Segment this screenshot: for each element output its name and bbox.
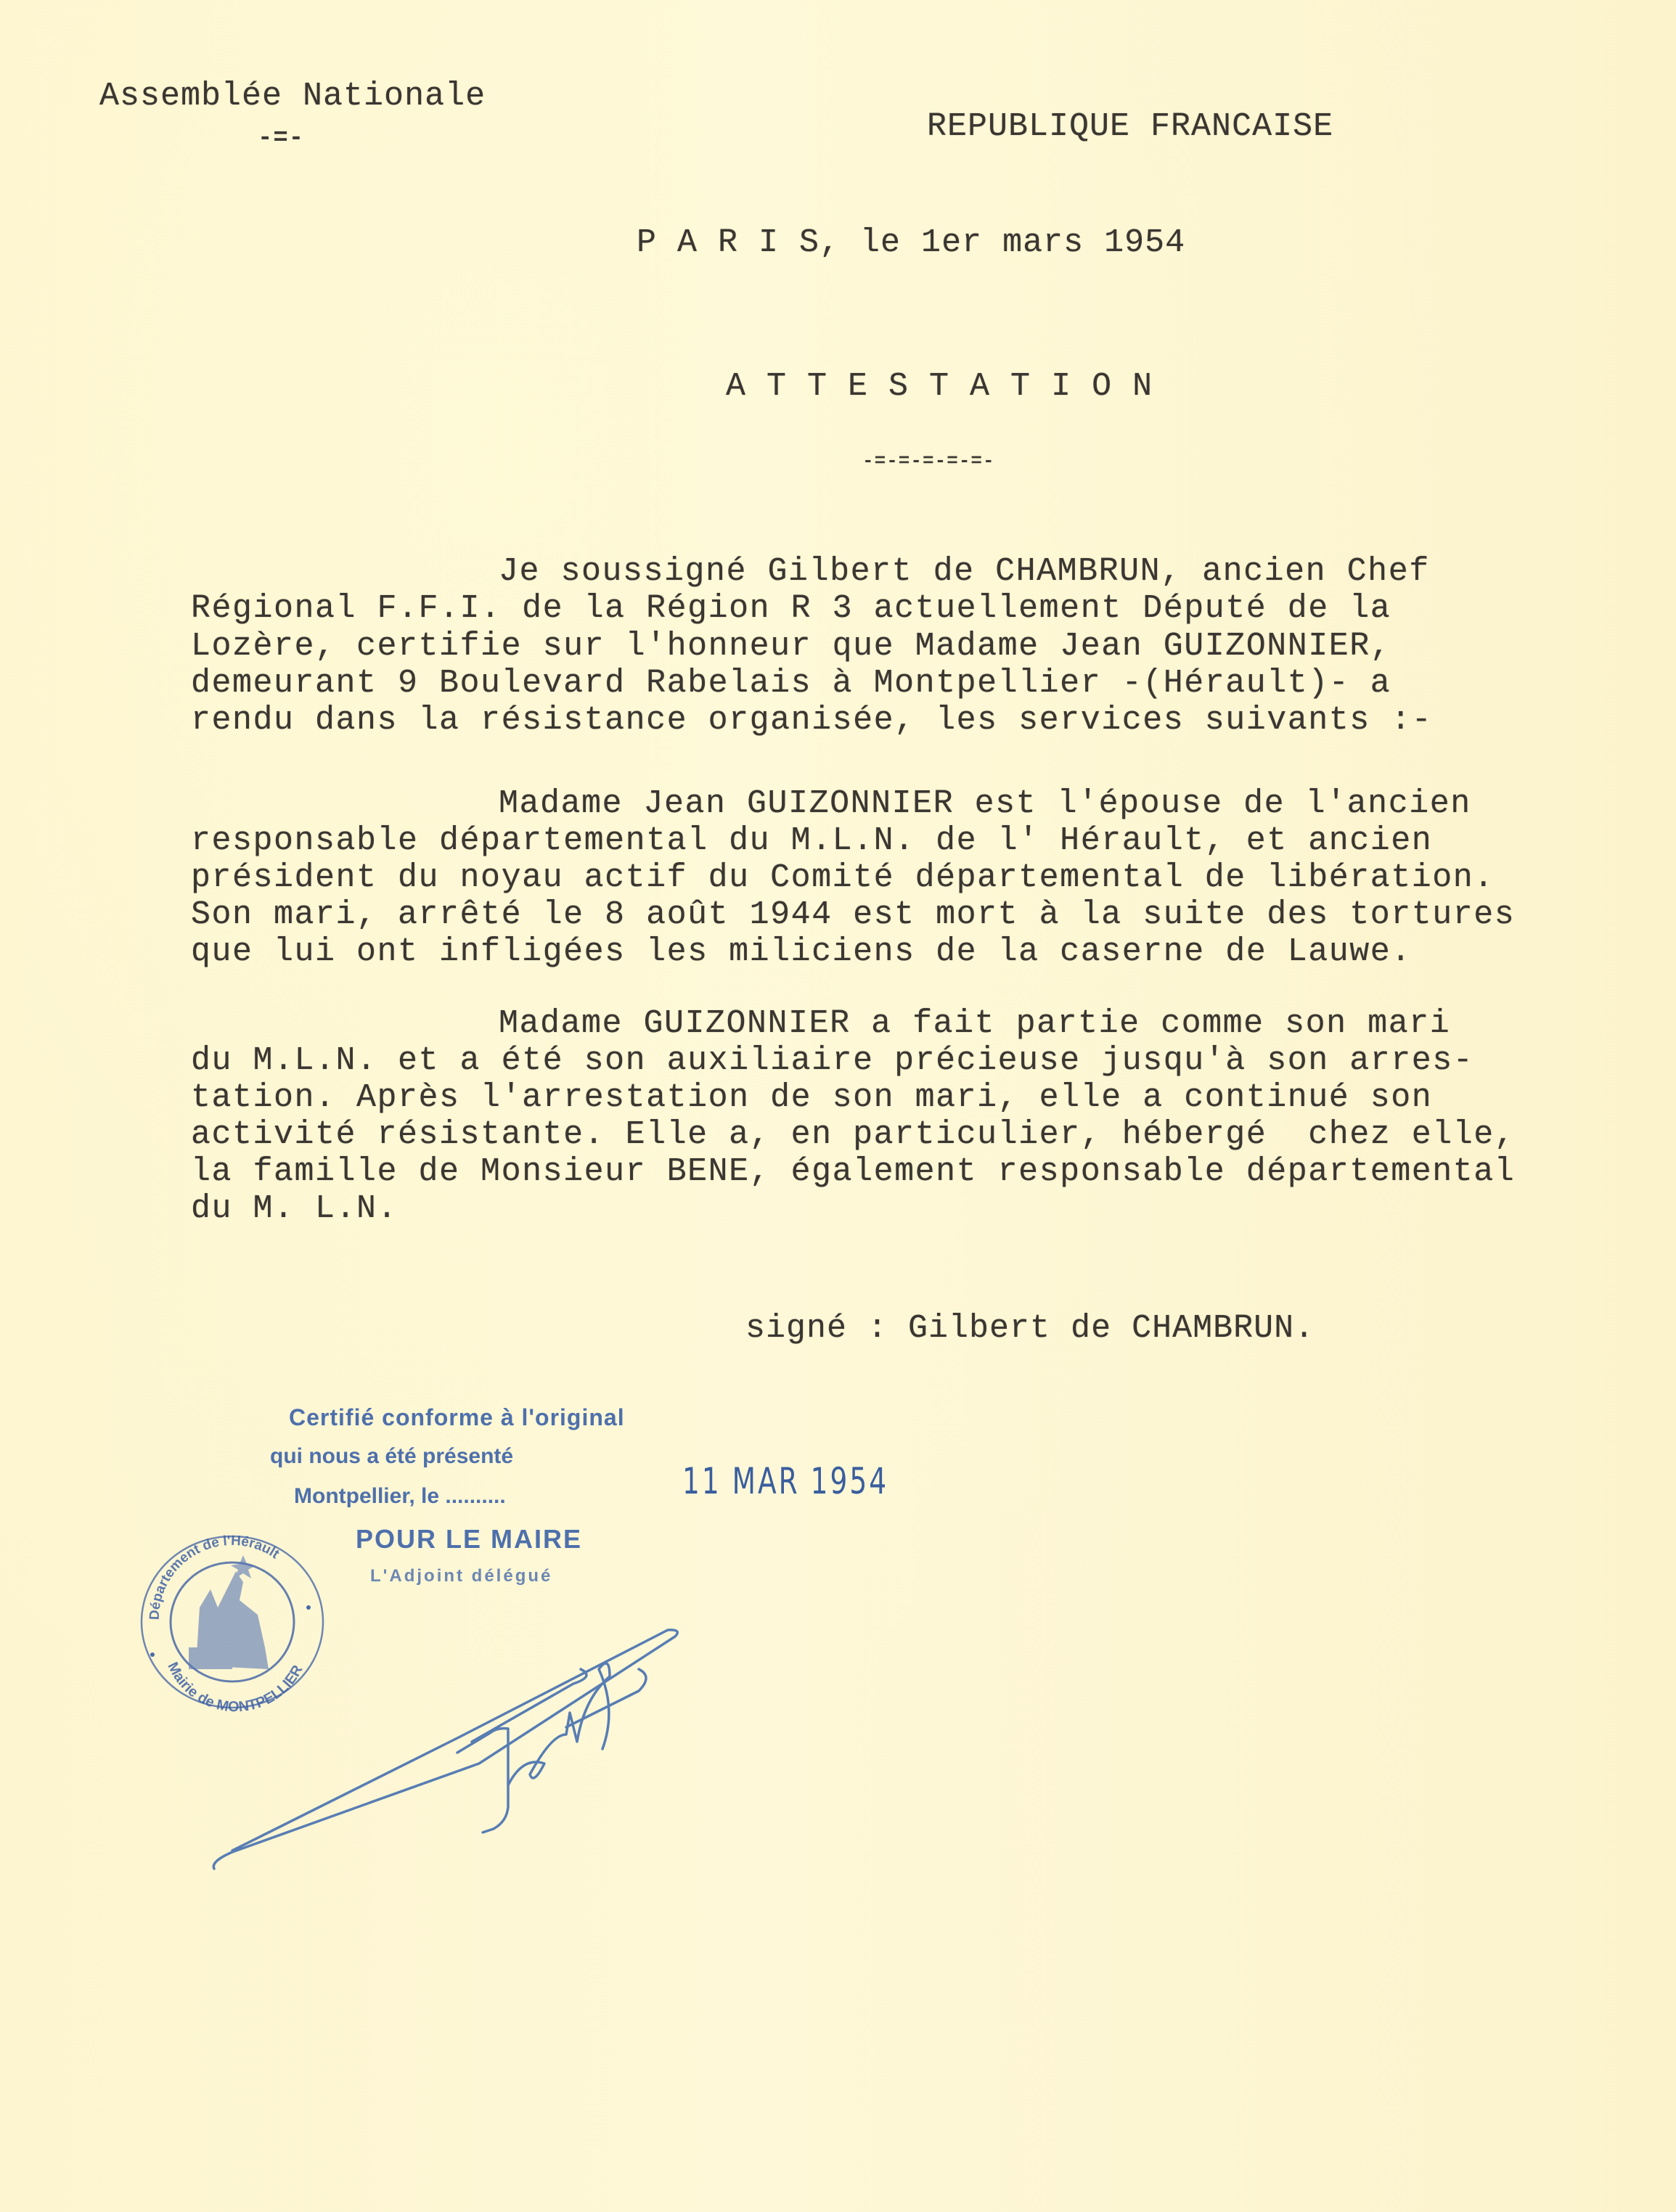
paragraph-line: la famille de Monsieur BENE, également r… xyxy=(191,1155,1515,1188)
stamp-line-presented: qui nous a été présenté xyxy=(270,1444,513,1469)
paragraph-line: Madame Jean GUIZONNIER est l'épouse de l… xyxy=(499,787,1471,820)
stamp-line-city: Montpellier, le .......... xyxy=(294,1484,506,1509)
title-ornament: -=-=-=-=-=- xyxy=(862,450,995,472)
header-left-ornament: -=- xyxy=(258,125,304,152)
paragraph-line: Madame GUIZONNIER a fait partie comme so… xyxy=(499,1007,1450,1040)
stamp-date: 11 MAR 1954 xyxy=(682,1460,888,1502)
paragraph-line: Lozère, certifie sur l'honneur que Madam… xyxy=(191,630,1391,663)
dateline: P A R I S, le 1er mars 1954 xyxy=(637,226,1185,259)
stamp-line-for-mayor: POUR LE MAIRE xyxy=(356,1524,582,1554)
paragraph-line: Son mari, arrêté le 8 août 1944 est mort… xyxy=(191,898,1515,931)
paragraph-line: du M.L.N. et a été son auxiliaire précie… xyxy=(191,1044,1473,1077)
paragraph-line: Je soussigné Gilbert de CHAMBRUN, ancien… xyxy=(499,555,1430,588)
paragraph-line: tation. Après l'arrestation de son mari,… xyxy=(191,1081,1432,1114)
paragraph-line: demeurant 9 Boulevard Rabelais à Montpel… xyxy=(191,667,1391,700)
paragraph-line: Régional F.F.I. de la Région R 3 actuell… xyxy=(191,592,1391,625)
paragraph-line: que lui ont infligées les miliciens de l… xyxy=(191,935,1412,968)
paragraph-line: rendu dans la résistance organisée, les … xyxy=(191,704,1432,737)
paragraph-line: responsable départemental du M.L.N. de l… xyxy=(191,824,1432,857)
typed-signature: signé : Gilbert de CHAMBRUN. xyxy=(745,1312,1315,1345)
document-title: A T T E S T A T I O N xyxy=(726,370,1153,403)
header-right-title: REPUBLIQUE FRANCAISE xyxy=(927,110,1333,143)
handwritten-signature-icon xyxy=(203,1568,711,1887)
stamp-line-certified: Certifié conforme à l'original xyxy=(289,1404,625,1431)
paragraph-line: activité résistante. Elle a, en particul… xyxy=(191,1118,1515,1151)
header-left-title: Assemblée Nationale xyxy=(99,80,486,112)
paragraph-line: du M. L.N. xyxy=(191,1192,398,1225)
paragraph-line: président du noyau actif du Comité dépar… xyxy=(191,861,1495,894)
